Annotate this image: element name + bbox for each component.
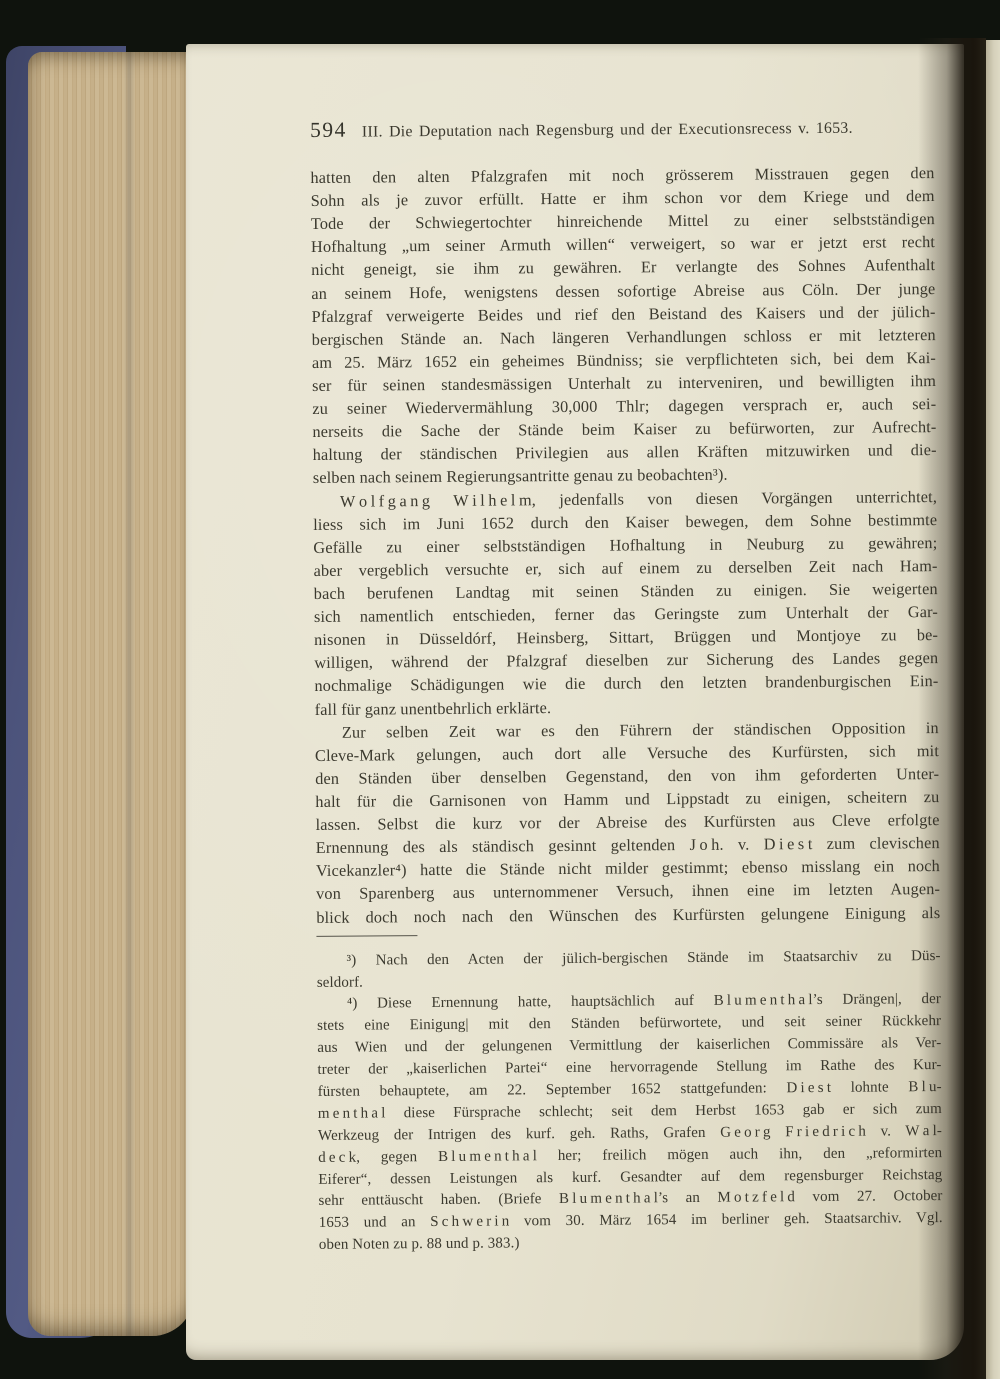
footnote-rule [316, 935, 417, 937]
running-title: III. Die Deputation nach Regensburg und … [362, 120, 853, 142]
paragraph: hatten den alten Pfalzgrafen mit noch gr… [310, 161, 937, 489]
footnotes: ³) Nach den Acten der jülich-bergischen … [317, 946, 943, 1257]
footnote: ³) Nach den Acten der jülich-bergischen … [317, 946, 941, 995]
body-text: hatten den alten Pfalzgrafen mit noch gr… [310, 161, 940, 928]
text-line: nochmalige Schädigungen wie die durch de… [314, 669, 938, 697]
paragraph: W o l f g a n g W i l h e l m, jedenfall… [313, 485, 939, 721]
book-photo: 594 III. Die Deputation nach Regensburg … [0, 0, 1000, 1379]
text-line: blick doch noch nach den Wünschen des Ku… [316, 901, 940, 929]
page-number: 594 [310, 118, 347, 143]
page-content: 594 III. Die Deputation nach Regensburg … [310, 113, 943, 1257]
page-header: 594 III. Die Deputation nach Regensburg … [310, 113, 934, 148]
footnote: ⁴) Diese Ernennung hatte, hauptsächlich … [317, 989, 943, 1257]
text-line: oben Noten zu p. 88 und p. 383.) [319, 1230, 943, 1257]
book-page: 594 III. Die Deputation nach Regensburg … [186, 44, 964, 1360]
page-edge-stack [28, 52, 194, 1336]
paragraph: Zur selben Zeit war es den Führern der s… [315, 716, 941, 929]
facing-page-sliver [986, 40, 1000, 1379]
